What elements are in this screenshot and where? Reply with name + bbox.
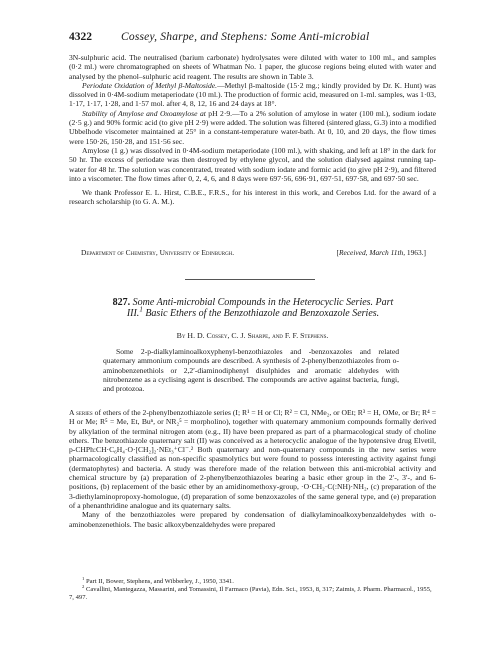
paragraph: Periodate Oxidation of Methyl β-Maltosid… — [69, 81, 436, 109]
abstract: Some 2-p-dialkylaminoalkoxyphenyl-benzot… — [103, 347, 399, 393]
affiliation: Department of Chemistry, University of E… — [81, 248, 234, 257]
previous-article-end: 3N-sulphuric acid. The neutralised (bari… — [69, 53, 436, 207]
article-number: 827. — [113, 297, 131, 308]
paragraph: A series of ethers of the 2-phenylbenzot… — [69, 408, 436, 510]
running-head: 4322Cossey, Sharpe, and Stephens: Some A… — [69, 31, 436, 43]
article-title: 827. Some Anti-microbial Compounds in th… — [73, 298, 433, 319]
page-number: 4322 — [69, 31, 121, 43]
paragraph: Many of the benzothiazoles were prepared… — [69, 510, 436, 529]
section-heading: Stability of Amylose and Oxoamylose at — [82, 109, 206, 118]
footnotes: 1 Part II, Bower, Stephens, and Wibberle… — [69, 578, 436, 603]
section-heading: Periodate Oxidation of Methyl β-Maltosid… — [82, 81, 217, 90]
paragraph: 3N-sulphuric acid. The neutralised (bari… — [69, 53, 436, 81]
footnote-2: 2 Cavallini, Mantegazza, Massarini, and … — [69, 586, 436, 602]
byline: By H. D. Cossey, C. J. Sharpe, and F. F.… — [69, 331, 436, 340]
footnote-1: 1 Part II, Bower, Stephens, and Wibberle… — [69, 578, 436, 586]
acknowledgement: We thank Professor E. L. Hirst, C.B.E., … — [69, 188, 436, 207]
affiliation-line: Department of Chemistry, University of E… — [81, 248, 426, 257]
paragraph: Stability of Amylose and Oxoamylose at p… — [69, 109, 436, 146]
article-body: A series of ethers of the 2-phenylbenzot… — [69, 408, 436, 529]
paragraph: Amylose (1 g.) was dissolved in 0·4M-sod… — [69, 146, 436, 183]
received-date: [Received, March 11th, 1963.] — [337, 248, 427, 257]
running-title: Cossey, Sharpe, and Stephens: Some Anti-… — [121, 31, 369, 43]
section-divider — [185, 279, 315, 280]
